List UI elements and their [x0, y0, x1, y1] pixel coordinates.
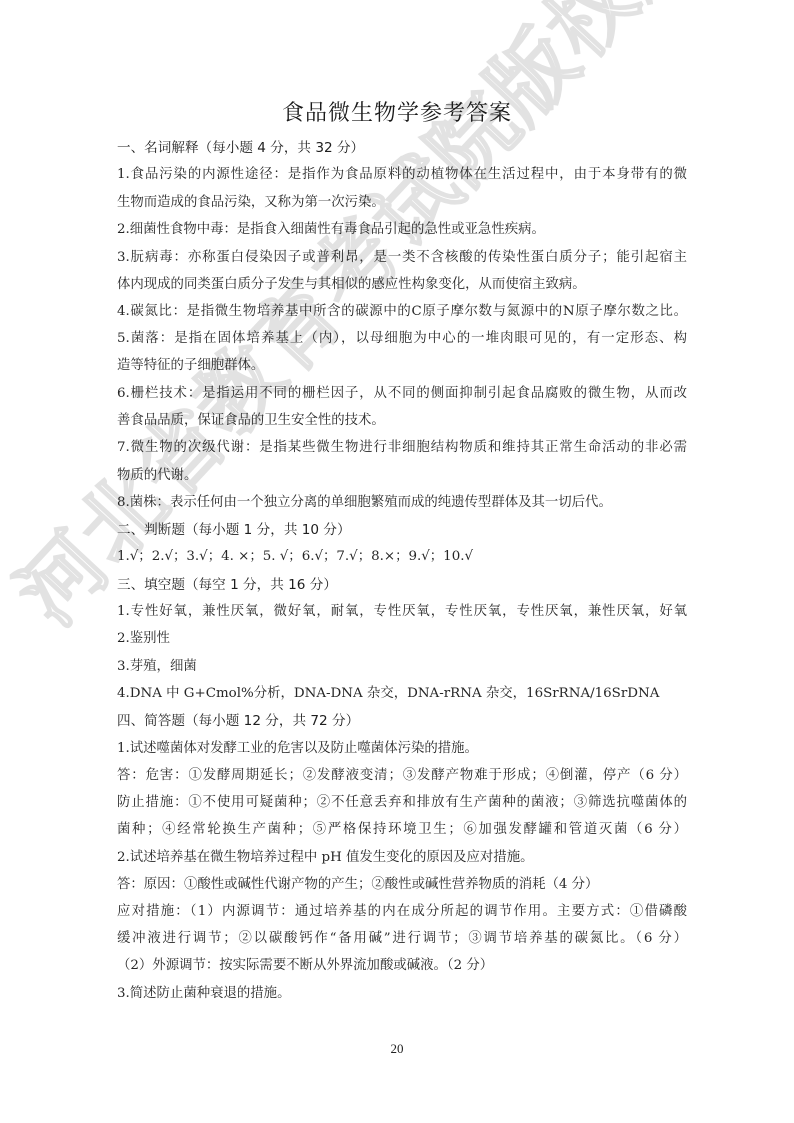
answer-line: （2）外源调节：按实际需要不断从外界流加酸或碱液。（2 分）	[117, 957, 687, 975]
answer-line: 菌种；④经常轮换生产菌种；⑤严格保持环境卫生；⑥加强发酵罐和管道灭菌（6 分）	[117, 821, 687, 839]
answer-line: 4.DNA 中 G+Cmol%分析，DNA-DNA 杂交，DNA-rRNA 杂交…	[117, 685, 687, 703]
section-heading-true-false: 二、判断题（每小题 1 分，共 10 分）	[117, 521, 687, 539]
answer-line: 1.专性好氧，兼性厌氧，微好氧，耐氧，专性厌氧，专性厌氧，专性厌氧，兼性厌氧，好…	[117, 603, 687, 621]
answer-line: 2.鉴别性	[117, 630, 687, 648]
answer-line: 5.菌落：是指在固体培养基上（内），以母细胞为中心的一堆肉眼可见的，有一定形态、…	[117, 330, 687, 348]
answer-line: 1.试述噬菌体对发酵工业的危害以及防止噬菌体污染的措施。	[117, 740, 687, 758]
document-page: 河北省教育考试院版权所有 食品微生物学参考答案 一、名词解释（每小题 4 分，共…	[0, 0, 794, 1123]
answer-line: 3.芽殖，细菌	[117, 658, 687, 676]
answer-line: 2.试述培养基在微生物培养过程中 pH 值发生变化的原因及应对措施。	[117, 849, 687, 867]
answer-line: 1.√；2.√；3.√；4. ×；5. √；6.√；7.√；8.×；9.√；10…	[117, 548, 687, 566]
answer-line: 1.食品污染的内源性途径：是指作为食品原料的动植物体在生活过程中，由于本身带有的…	[117, 166, 687, 184]
document-title: 食品微生物学参考答案	[0, 96, 794, 127]
answer-line: 应对措施：（1）内源调节：通过培养基的内在成分所起的调节作用。主要方式：①借磷酸	[117, 903, 687, 921]
page-number: 20	[0, 1041, 794, 1057]
answer-line: 6.栅栏技术：是指运用不同的栅栏因子，从不同的侧面抑制引起食品腐败的微生物，从而…	[117, 385, 687, 403]
answer-line: 善食品品质，保证食品的卫生安全性的技术。	[117, 412, 687, 430]
answer-line: 造等特征的子细胞群体。	[117, 357, 687, 375]
answer-line: 物质的代谢。	[117, 467, 687, 485]
answer-line: 3.朊病毒：亦称蛋白侵染因子或普利昂，是一类不含核酸的传染性蛋白质分子；能引起宿…	[117, 249, 687, 267]
answer-line: 7.微生物的次级代谢：是指某些微生物进行非细胞结构物质和维持其正常生命活动的非必…	[117, 439, 687, 457]
section-heading-definitions: 一、名词解释（每小题 4 分，共 32 分）	[117, 139, 687, 157]
section-heading-fill-blank: 三、填空题（每空 1 分，共 16 分）	[117, 576, 687, 594]
answer-line: 3.简述防止菌种衰退的措施。	[117, 985, 687, 1003]
answer-line: 生物而造成的食品污染，又称为第一次污染。	[117, 194, 687, 212]
answer-line: 答：危害：①发酵周期延长；②发酵液变清；③发酵产物难于形成；④倒灌，停产（6 分…	[117, 767, 687, 785]
answer-line: 答：原因：①酸性或碱性代谢产物的产生；②酸性或碱性营养物质的消耗（4 分）	[117, 876, 687, 894]
answer-line: 防止措施：①不使用可疑菌种；②不任意丢弃和排放有生产菌种的菌液；③筛选抗噬菌体的	[117, 794, 687, 812]
section-heading-short-answer: 四、简答题（每小题 12 分，共 72 分）	[117, 712, 687, 730]
answer-line: 体内现成的同类蛋白质分子发生与其相似的感应性构象变化，从而使宿主致病。	[117, 276, 687, 294]
answer-line: 8.菌株：表示任何由一个独立分离的单细胞繁殖而成的纯遗传型群体及其一切后代。	[117, 494, 687, 512]
answer-line: 缓冲液进行调节；②以碳酸钙作“备用碱”进行调节；③调节培养基的碳氮比。（6 分）	[117, 930, 687, 948]
answer-line: 2.细菌性食物中毒：是指食入细菌性有毒食品引起的急性或亚急性疾病。	[117, 221, 687, 239]
answer-line: 4.碳氮比：是指微生物培养基中所含的碳源中的C原子摩尔数与氮源中的N原子摩尔数之…	[117, 303, 687, 321]
